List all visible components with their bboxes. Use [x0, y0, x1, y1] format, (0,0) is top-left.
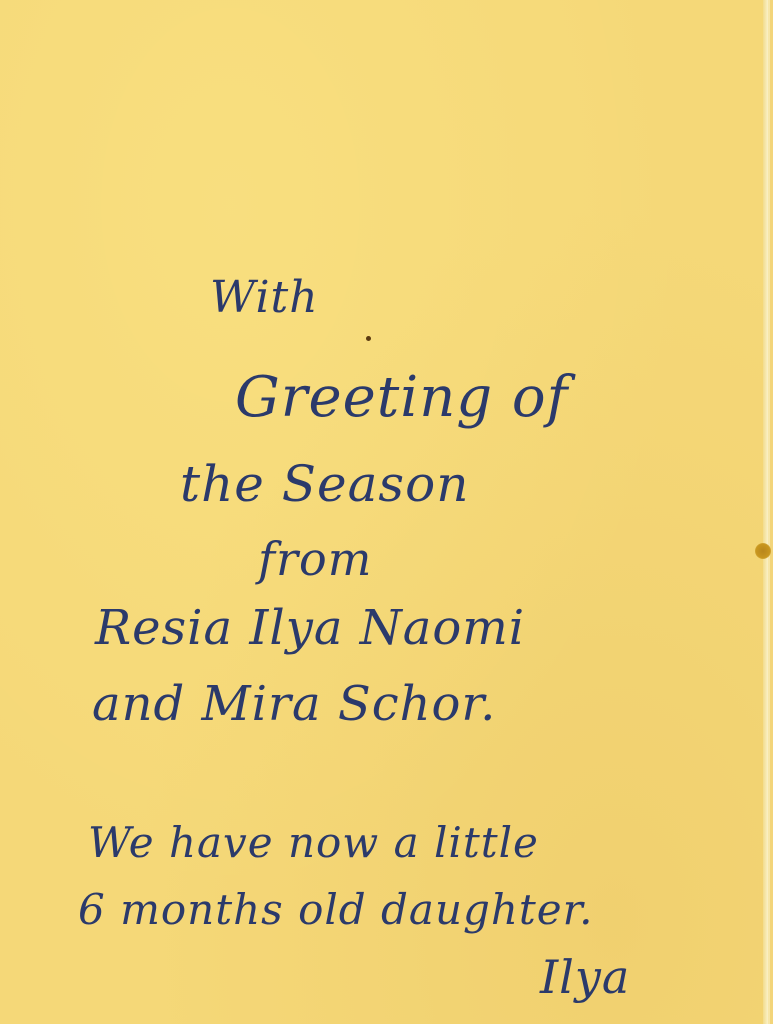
line-season: the Season — [180, 455, 469, 513]
line-from: from — [258, 532, 372, 586]
line-names-2: and Mira Schor. — [92, 676, 496, 732]
line-note-2: 6 months old daughter. — [78, 885, 593, 934]
ink-speck — [366, 336, 371, 341]
line-with: With — [210, 272, 319, 323]
greeting-card: With Greeting of the Season from Resia I… — [0, 0, 770, 1024]
line-names-1: Resia Ilya Naomi — [95, 600, 525, 656]
paper-stain — [755, 543, 771, 559]
line-greeting: Greeting of — [235, 365, 568, 430]
line-note-1: We have now a little — [88, 818, 539, 867]
paper-edge — [763, 0, 768, 1024]
signature: Ilya — [540, 950, 630, 1004]
